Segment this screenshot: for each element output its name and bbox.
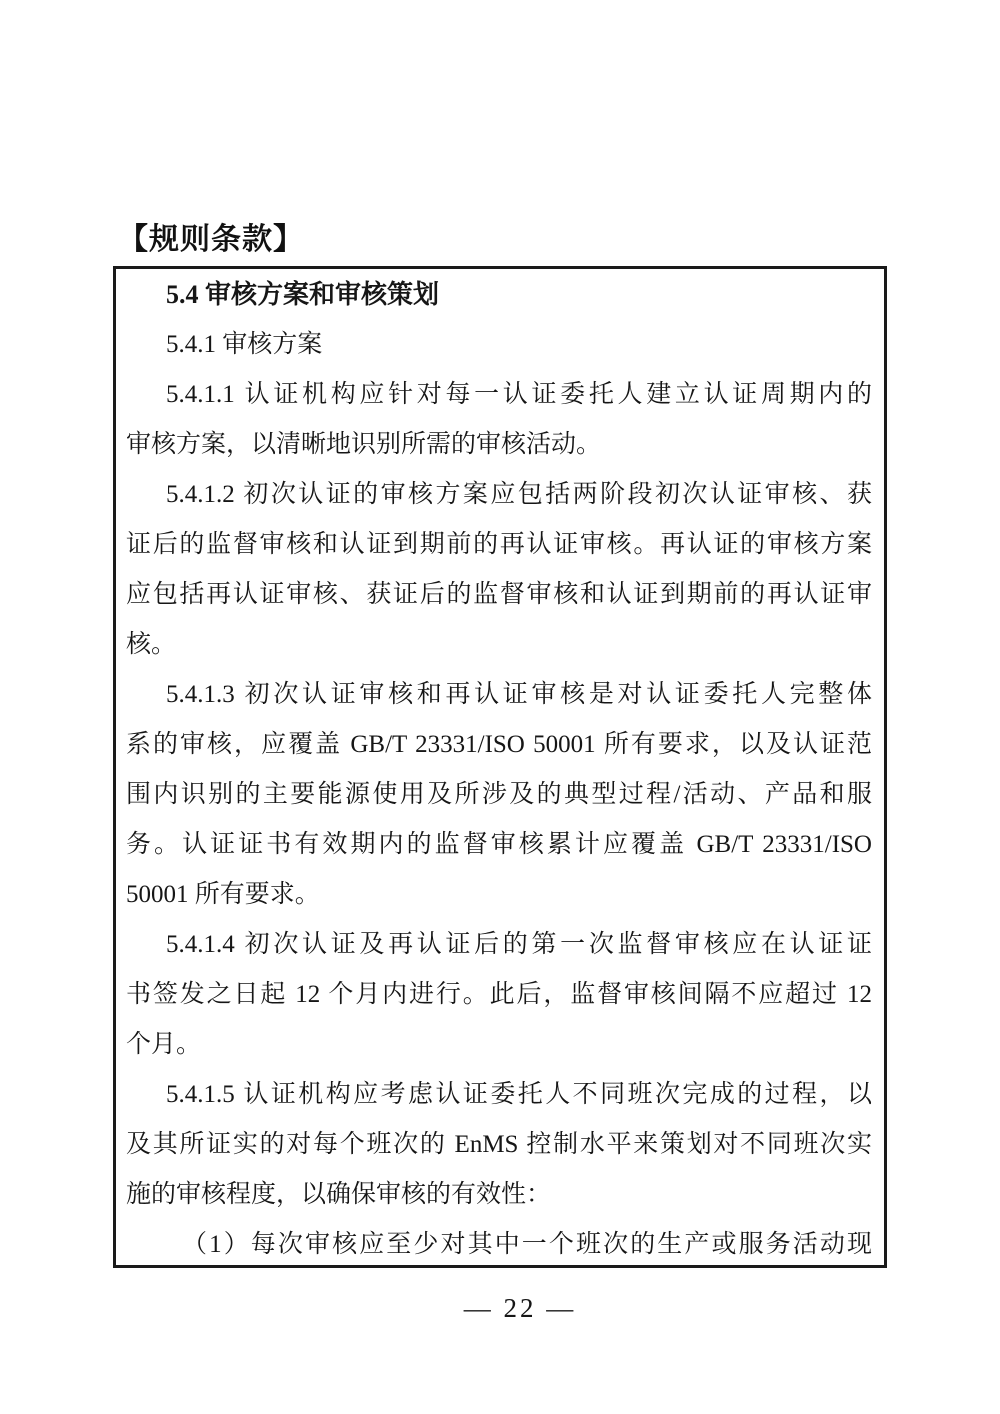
text-line: 应包括再认证审核、获证后的监督审核和认证到期前的再认证审: [126, 570, 872, 620]
text-line: 5.4.1.3 初次认证审核和再认证审核是对认证委托人完整体: [126, 670, 872, 720]
clause-5-4-1-3: 5.4.1.3 初次认证审核和再认证审核是对认证委托人完整体系的审核，应覆盖 G…: [126, 670, 872, 920]
text-line: 施的审核程度，以确保审核的有效性：: [126, 1170, 872, 1220]
rules-box: 5.4 审核方案和审核策划5.4.1 审核方案5.4.1.1 认证机构应针对每一…: [113, 266, 887, 1268]
clause-5-4-heading: 5.4 审核方案和审核策划: [126, 270, 872, 320]
text-line: 5.4.1.1 认证机构应针对每一认证委托人建立认证周期内的: [126, 370, 872, 420]
text-line: 及其所证实的对每个班次的 EnMS 控制水平来策划对不同班次实: [126, 1120, 872, 1170]
clause-5-4-1-5: 5.4.1.5 认证机构应考虑认证委托人不同班次完成的过程，以及其所证实的对每个…: [126, 1070, 872, 1220]
text-line: 围内识别的主要能源使用及所涉及的典型过程/活动、产品和服: [126, 770, 872, 820]
text-line: 核。: [126, 620, 872, 670]
section-heading: 【规则条款】: [118, 221, 304, 259]
text-line: 个月。: [126, 1020, 872, 1070]
clause-5-4-1-heading: 5.4.1 审核方案: [126, 320, 872, 370]
text-line: 务。认证证书有效期内的监督审核累计应覆盖 GB/T 23331/ISO: [126, 820, 872, 870]
page-footer: — 22 —: [0, 1293, 1000, 1324]
clause-5-4-1-5-item-1: （1）每次审核应至少对其中一个班次的生产或服务活动现: [126, 1220, 872, 1268]
clause-5-4-1-1: 5.4.1.1 认证机构应针对每一认证委托人建立认证周期内的审核方案，以清晰地识…: [126, 370, 872, 470]
clause-5-4-1-4: 5.4.1.4 初次认证及再认证后的第一次监督审核应在认证证书签发之日起 12 …: [126, 920, 872, 1070]
clause-5-4-1-2: 5.4.1.2 初次认证的审核方案应包括两阶段初次认证审核、获证后的监督审核和认…: [126, 470, 872, 670]
text-line: 5.4.1.4 初次认证及再认证后的第一次监督审核应在认证证: [126, 920, 872, 970]
text-line: 5.4.1.5 认证机构应考虑认证委托人不同班次完成的过程，以: [126, 1070, 872, 1120]
text-line: 证后的监督审核和认证到期前的再认证审核。再认证的审核方案: [126, 520, 872, 570]
document-page: { "page": { "section_heading": "【规则条款】",…: [0, 0, 1000, 1414]
page-number: — 22 —: [464, 1293, 577, 1323]
text-line: 5.4 审核方案和审核策划: [126, 270, 872, 320]
text-line: 5.4.1 审核方案: [126, 320, 872, 370]
text-line: 书签发之日起 12 个月内进行。此后，监督审核间隔不应超过 12: [126, 970, 872, 1020]
text-line: 50001 所有要求。: [126, 870, 872, 920]
text-line: 系的审核，应覆盖 GB/T 23331/ISO 50001 所有要求，以及认证范: [126, 720, 872, 770]
text-line: （1）每次审核应至少对其中一个班次的生产或服务活动现: [126, 1220, 872, 1268]
text-line: 审核方案，以清晰地识别所需的审核活动。: [126, 420, 872, 470]
text-line: 5.4.1.2 初次认证的审核方案应包括两阶段初次认证审核、获: [126, 470, 872, 520]
